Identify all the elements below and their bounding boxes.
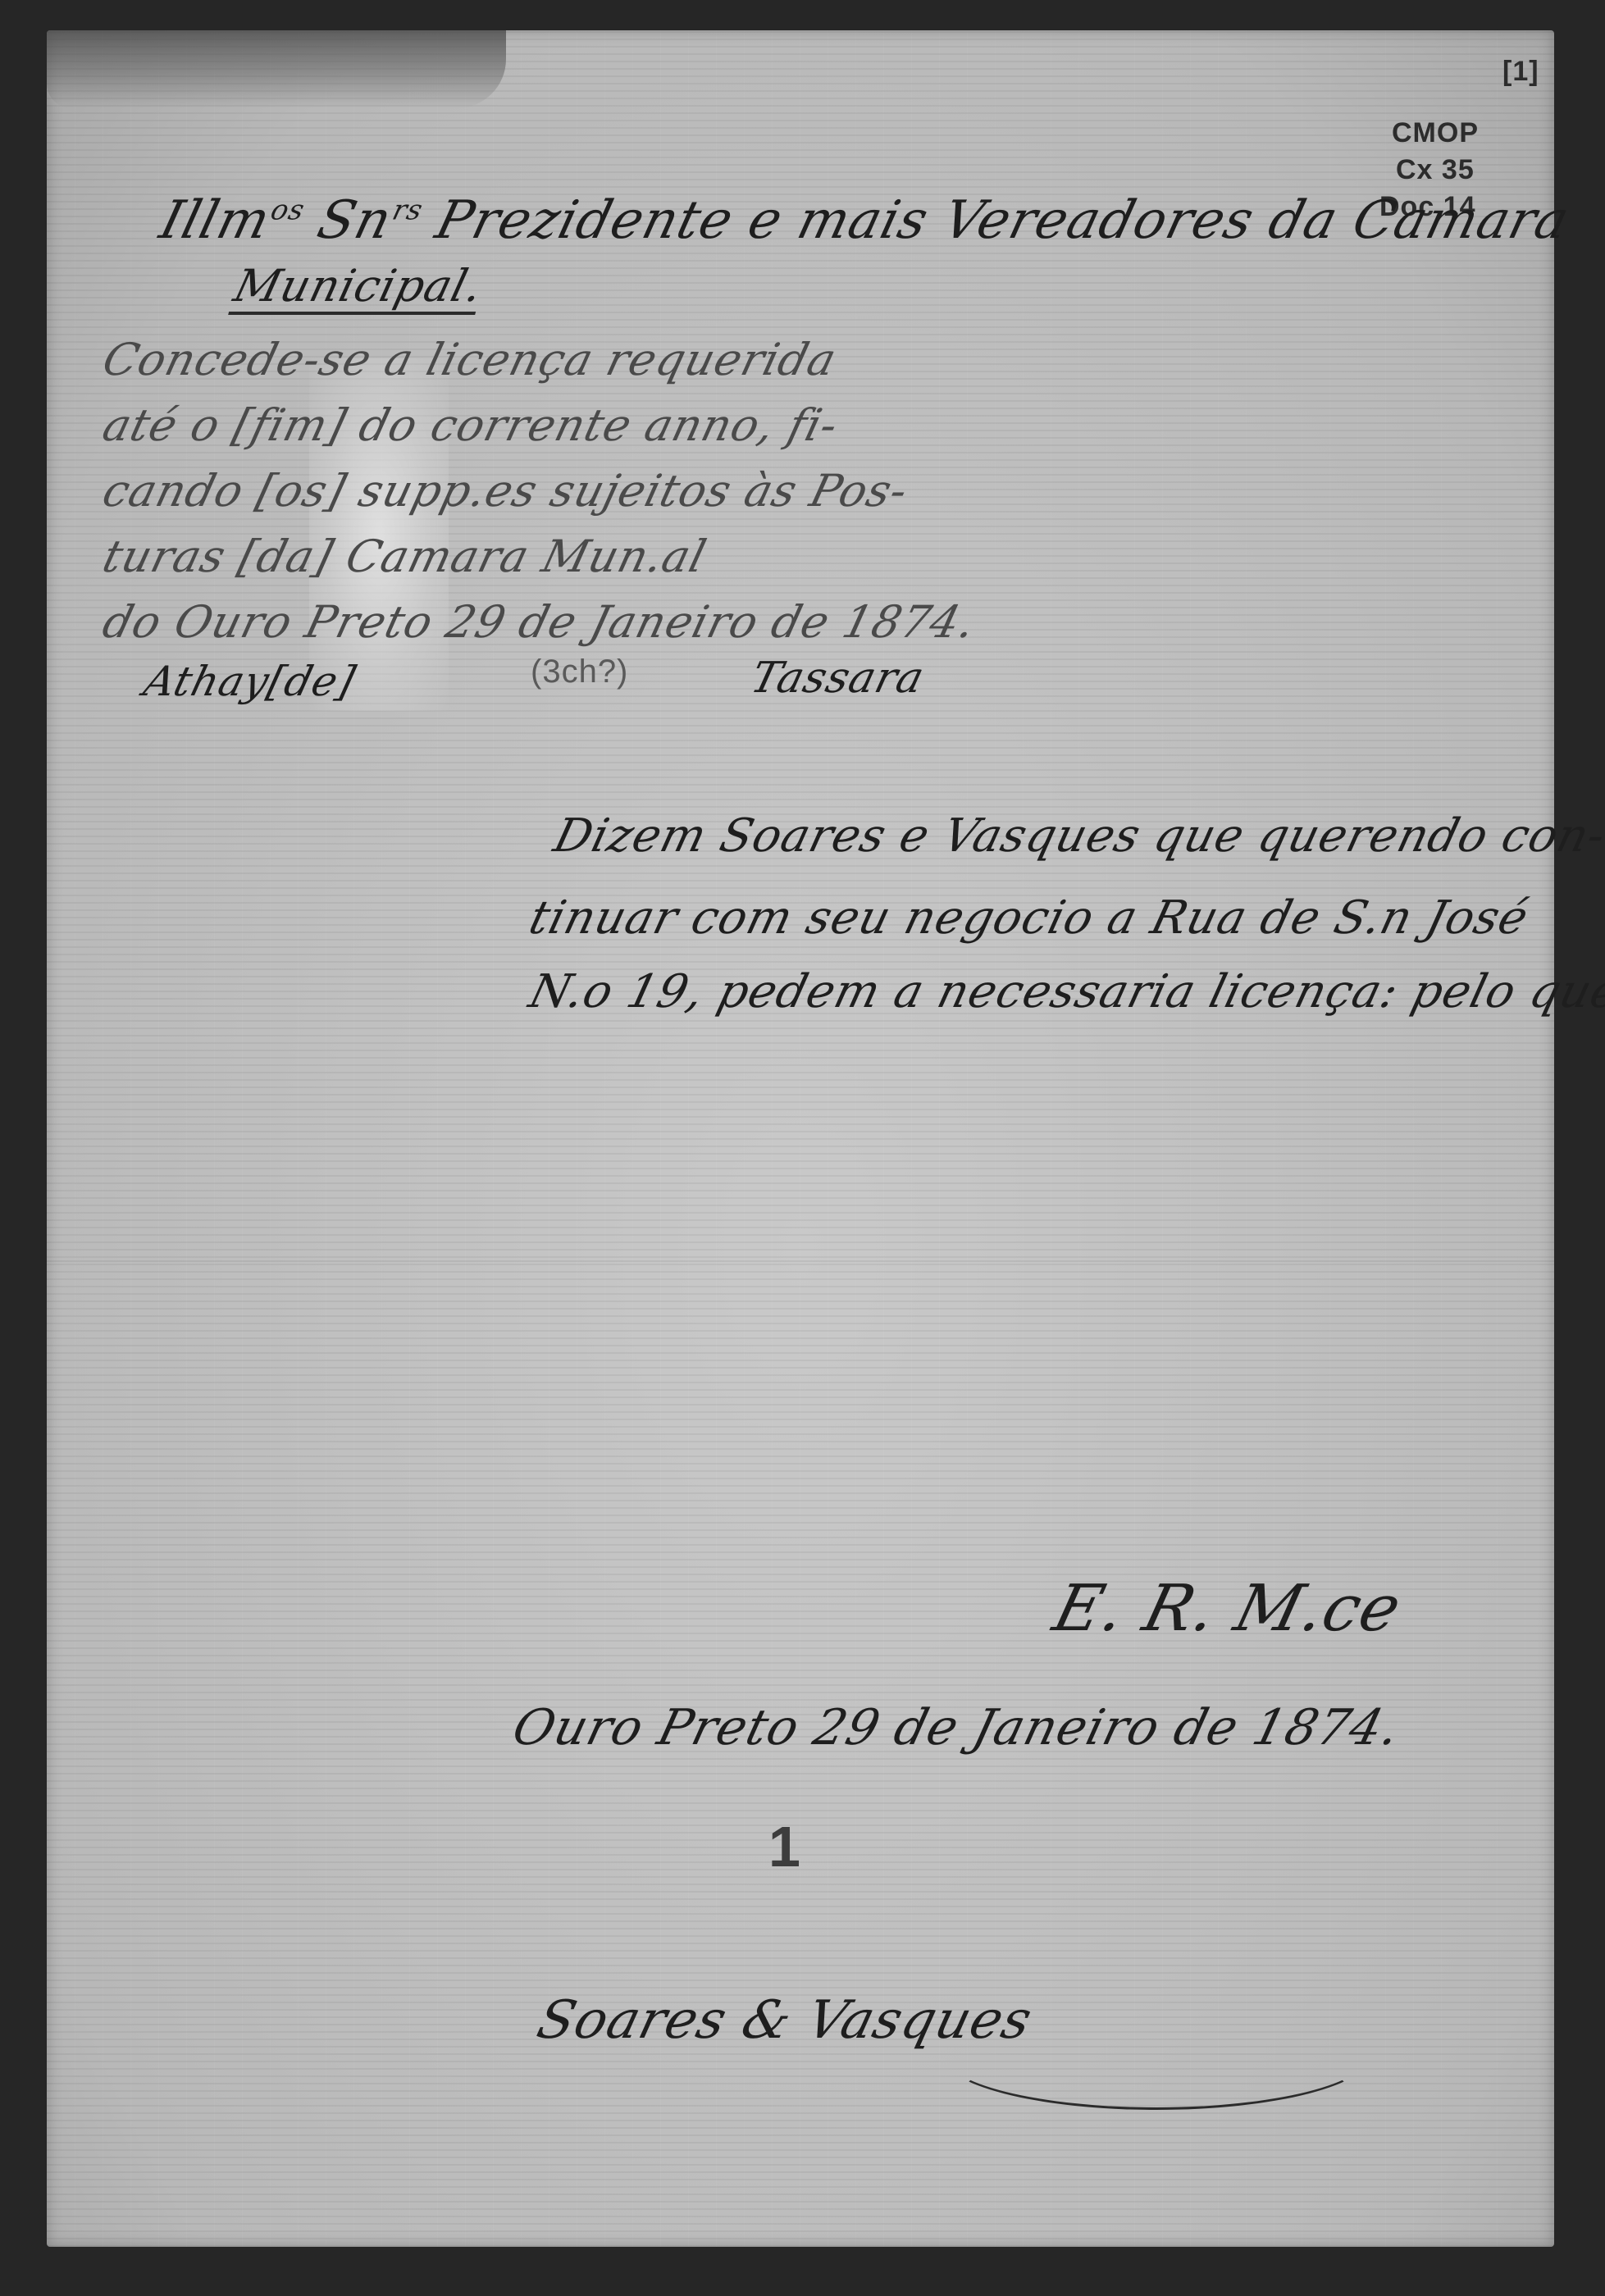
salutation-line-2: Municipal. xyxy=(229,260,489,312)
despacho-line-2: até o [fim] do corrente anno, fi- xyxy=(98,399,843,451)
salutation-ill: Illm xyxy=(154,190,276,251)
closing-formula: E. R. M.ce xyxy=(1046,1572,1409,1646)
despacho-line-3: cando [os] supp.es sujeitos às Pos- xyxy=(98,465,914,517)
despacho-signature-right: Tassara xyxy=(746,654,930,703)
despacho-signature-left: Athay[de] xyxy=(139,658,361,705)
salutation-snr: Sn xyxy=(312,190,399,251)
signature-flourish xyxy=(941,1998,1372,2110)
folio-stamp-mark: 1 xyxy=(768,1814,801,1879)
petition-line-2: tinuar com seu negocio a Rua de S.n José xyxy=(524,891,1534,945)
petition-line-1: Dizem Soares e Vasques que querendo con- xyxy=(549,809,1605,863)
archive-box: Cx 35 xyxy=(1396,153,1475,186)
pencil-annotation: (3ch?) xyxy=(531,654,628,690)
archive-code-cmop: CMOP xyxy=(1392,116,1479,149)
place-date: Ouro Preto 29 de Janeiro de 1874. xyxy=(507,1699,1406,1756)
salutation-rest: Prezidente e mais Vereadores da Camara xyxy=(430,190,1575,251)
salutation-ill-sup: os xyxy=(267,194,308,227)
fold-line xyxy=(47,1260,1554,1262)
despacho-line-4: turas [da] Camara Mun.al xyxy=(98,531,712,582)
despacho-line-5: do Ouro Preto 29 de Janeiro de 1874. xyxy=(98,596,981,648)
petition-line-3: N.o 19, pedem a necessaria licença: pelo… xyxy=(524,965,1605,1018)
water-stain xyxy=(47,30,506,108)
despacho-line-1: Concede-se a licença requerida xyxy=(98,334,842,385)
manuscript-page: [1] CMOP Cx 35 Doc 14 Illmos Snrs Prezid… xyxy=(47,30,1554,2247)
folio-number: [1] xyxy=(1502,55,1539,88)
salutation-municipal: Municipal. xyxy=(228,260,489,315)
salutation-line-1: Illmos Snrs Prezidente e mais Vereadores… xyxy=(154,190,1575,251)
